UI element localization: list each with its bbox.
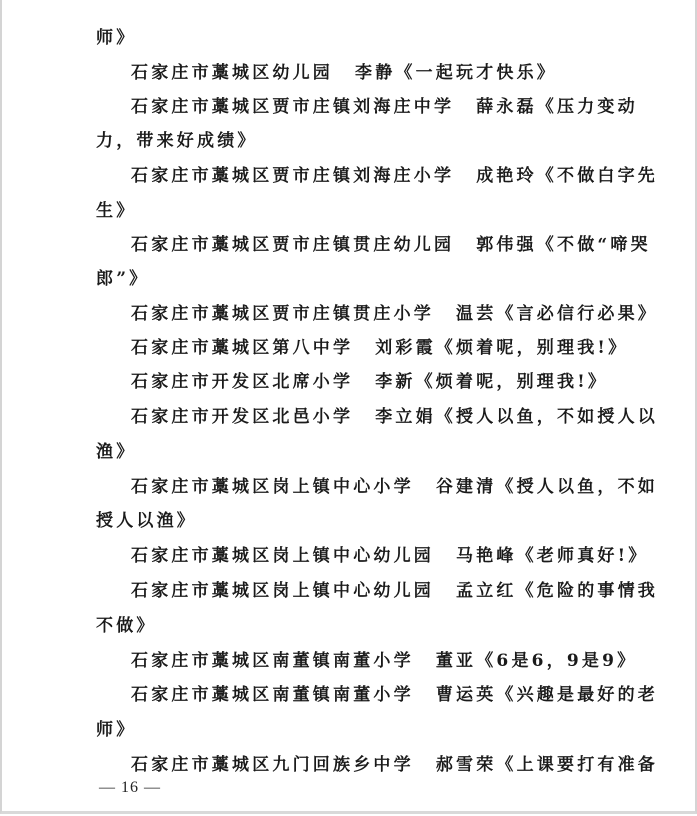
- award-entry-line: 石家庄市藁城区幼儿园李静《一起玩才快乐》: [131, 62, 557, 84]
- author-and-title: 李静《一起玩才快乐》: [355, 63, 557, 83]
- award-entry-line: 石家庄市藁城区南董镇南董小学董亚《6是6，9是9》: [131, 650, 637, 672]
- document-page: 师》石家庄市藁城区幼儿园李静《一起玩才快乐》石家庄市藁城区贾市庄镇刘海庄中学薛永…: [0, 0, 697, 814]
- continuation-line: 授人以渔》: [96, 510, 197, 532]
- author-and-title: 孟立红《危险的事情我: [456, 581, 658, 601]
- continuation-line: 不做》: [96, 615, 157, 637]
- continuation-line: 生》: [96, 200, 136, 222]
- school-name: 石家庄市藁城区贾市庄镇刘海庄中学: [131, 97, 454, 117]
- school-name: 石家庄市藁城区贾市庄镇贯庄幼儿园: [131, 235, 454, 255]
- school-name: 石家庄市藁城区岗上镇中心幼儿园: [131, 546, 434, 566]
- school-name: 石家庄市藁城区幼儿园: [131, 63, 333, 83]
- continuation-line: 渔》: [96, 441, 136, 463]
- award-entry-line: 石家庄市藁城区贾市庄镇贯庄幼儿园郭伟强《不做“啼哭: [131, 234, 651, 256]
- school-name: 石家庄市藁城区岗上镇中心幼儿园: [131, 581, 434, 601]
- continuation-line: 师》: [96, 27, 136, 49]
- award-entry-line: 石家庄市开发区北邑小学李立娟《授人以鱼，不如授人以: [131, 406, 658, 428]
- award-entry-line: 石家庄市藁城区贾市庄镇刘海庄中学薛永磊《压力变动: [131, 96, 638, 118]
- school-name: 石家庄市藁城区贾市庄镇刘海庄小学: [131, 166, 454, 186]
- author-and-title: 温芸《言必信行必果》: [456, 304, 658, 324]
- award-entry-line: 石家庄市藁城区岗上镇中心小学谷建清《授人以鱼，不如: [131, 476, 658, 498]
- school-name: 石家庄市藁城区南董镇南董小学: [131, 651, 414, 671]
- award-entry-line: 石家庄市开发区北席小学李新《烦着呢，别理我!》: [131, 371, 608, 393]
- author-and-title: 郭伟强《不做“啼哭: [476, 235, 651, 255]
- continuation-line: 郎”》: [96, 268, 149, 290]
- author-and-title: 郝雪荣《上课要打有准备: [436, 755, 658, 775]
- award-entry-line: 石家庄市藁城区岗上镇中心幼儿园孟立红《危险的事情我: [131, 580, 658, 602]
- continuation-line: 力，带来好成绩》: [96, 130, 258, 152]
- award-entry-line: 石家庄市藁城区贾市庄镇刘海庄小学成艳玲《不做白字先: [131, 165, 658, 187]
- author-and-title: 李新《烦着呢，别理我!》: [375, 372, 608, 392]
- school-name: 石家庄市开发区北席小学: [131, 372, 353, 392]
- author-and-title: 李立娟《授人以鱼，不如授人以: [375, 407, 658, 427]
- school-name: 石家庄市藁城区九门回族乡中学: [131, 755, 414, 775]
- author-and-title: 曹运英《兴趣是最好的老: [436, 685, 658, 705]
- continuation-line: 师》: [96, 719, 136, 741]
- author-and-title: 谷建清《授人以鱼，不如: [436, 477, 658, 497]
- school-name: 石家庄市藁城区南董镇南董小学: [131, 685, 414, 705]
- award-entry-line: 石家庄市藁城区九门回族乡中学郝雪荣《上课要打有准备: [131, 754, 658, 776]
- author-and-title: 成艳玲《不做白字先: [476, 166, 658, 186]
- author-and-title: 薛永磊《压力变动: [476, 97, 638, 117]
- award-entry-line: 石家庄市藁城区岗上镇中心幼儿园马艳峰《老师真好!》: [131, 545, 648, 567]
- school-name: 石家庄市藁城区第八中学: [131, 338, 353, 358]
- award-entry-line: 石家庄市藁城区贾市庄镇贯庄小学温芸《言必信行必果》: [131, 303, 658, 325]
- author-and-title: 刘彩霞《烦着呢，别理我!》: [375, 338, 628, 358]
- award-entry-line: 石家庄市藁城区南董镇南董小学曹运英《兴趣是最好的老: [131, 684, 658, 706]
- school-name: 石家庄市藁城区贾市庄镇贯庄小学: [131, 304, 434, 324]
- author-and-title: 董亚《6是6，9是9》: [436, 651, 638, 671]
- author-and-title: 马艳峰《老师真好!》: [456, 546, 648, 566]
- school-name: 石家庄市开发区北邑小学: [131, 407, 353, 427]
- page-number: — 16 —: [99, 779, 161, 797]
- school-name: 石家庄市藁城区岗上镇中心小学: [131, 477, 414, 497]
- award-entry-line: 石家庄市藁城区第八中学刘彩霞《烦着呢，别理我!》: [131, 337, 628, 359]
